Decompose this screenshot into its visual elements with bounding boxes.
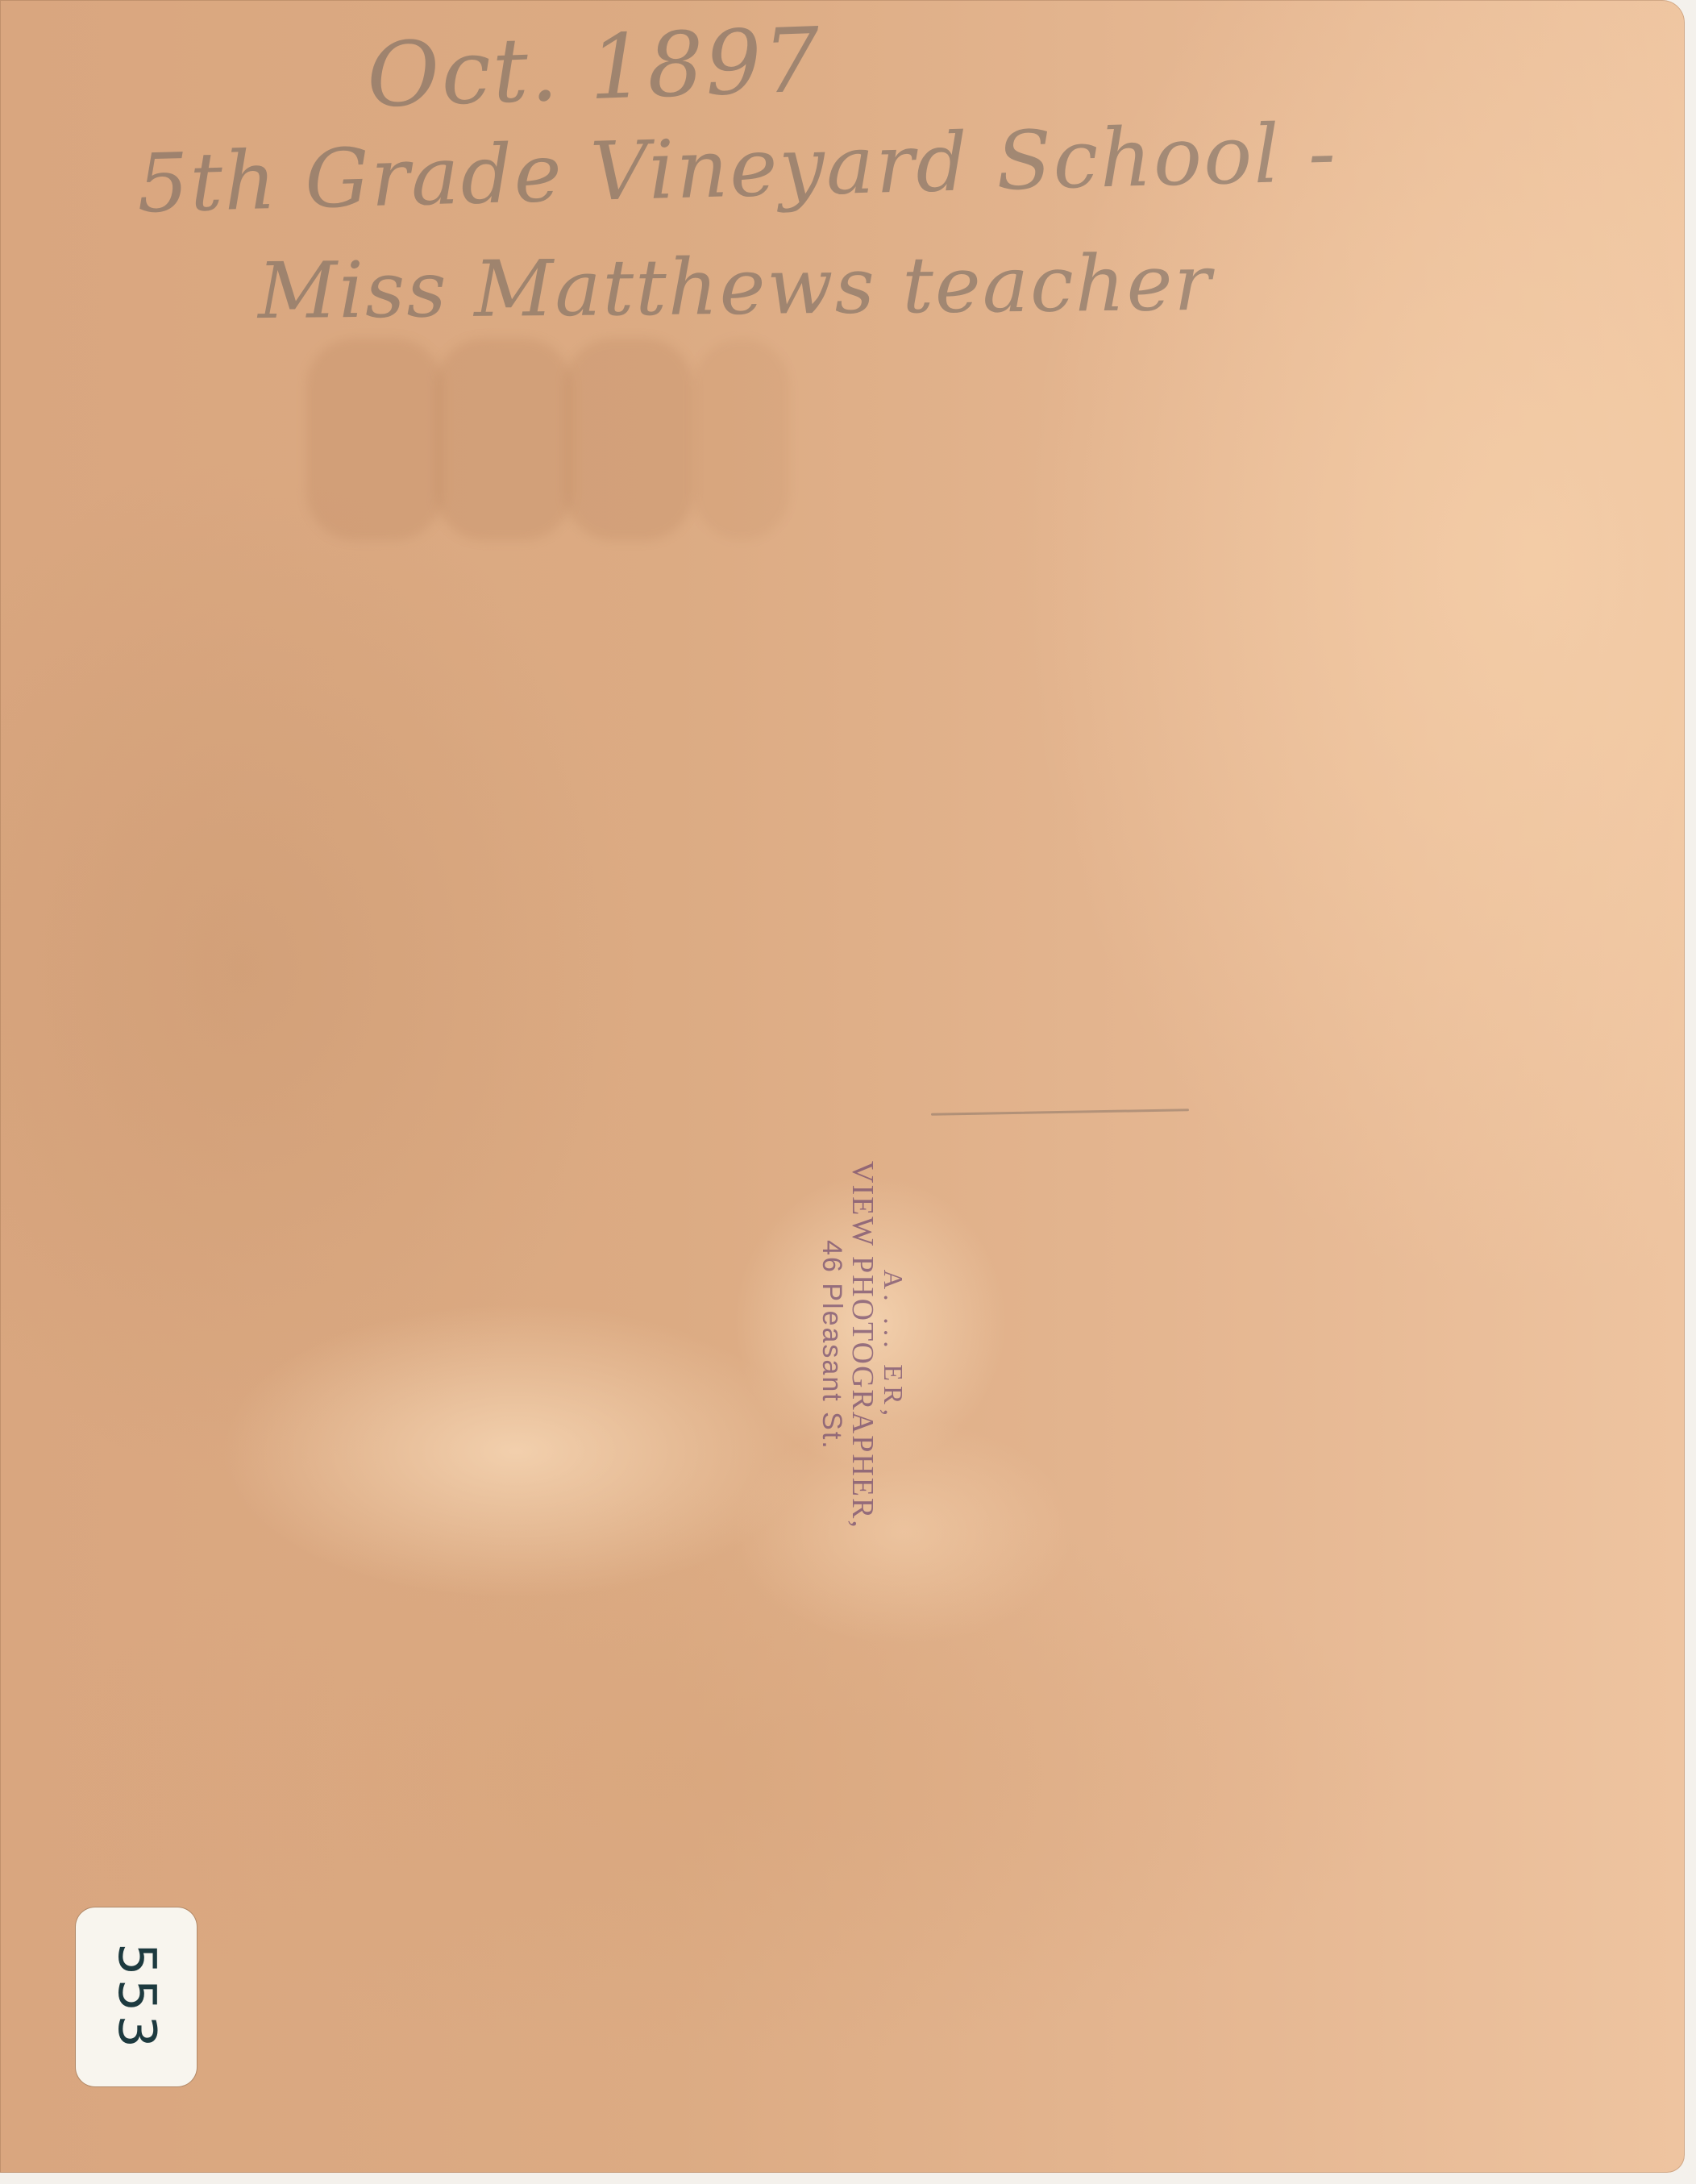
offset-stain-3 <box>564 339 693 540</box>
handwritten-school-note: 5th Grade Vineyard School - <box>136 106 1338 231</box>
offset-stain-1 <box>306 339 443 540</box>
handwritten-date: Oct. 1897 <box>365 8 823 127</box>
photo-mount-card: Oct. 1897 5th Grade Vineyard School - Mi… <box>0 0 1685 2173</box>
catalog-number-label: 553 <box>76 1907 197 2086</box>
stamp-line-address: 46 Pleasant St. <box>817 1161 846 1529</box>
catalog-number: 553 <box>106 1943 166 2051</box>
offset-stain-4 <box>693 339 790 540</box>
photographer-stamp: A. ... ER, VIEW PHOTOGRAPHER, 46 Pleasan… <box>817 1161 907 1529</box>
pencil-stroke <box>931 1109 1189 1116</box>
stamp-line-name: A. ... ER, <box>878 1161 907 1529</box>
handwritten-teacher-note: Miss Matthews teacher <box>258 238 1213 336</box>
offset-stain-2 <box>435 339 572 540</box>
stamp-line-title: VIEW PHOTOGRAPHER, <box>846 1161 878 1529</box>
